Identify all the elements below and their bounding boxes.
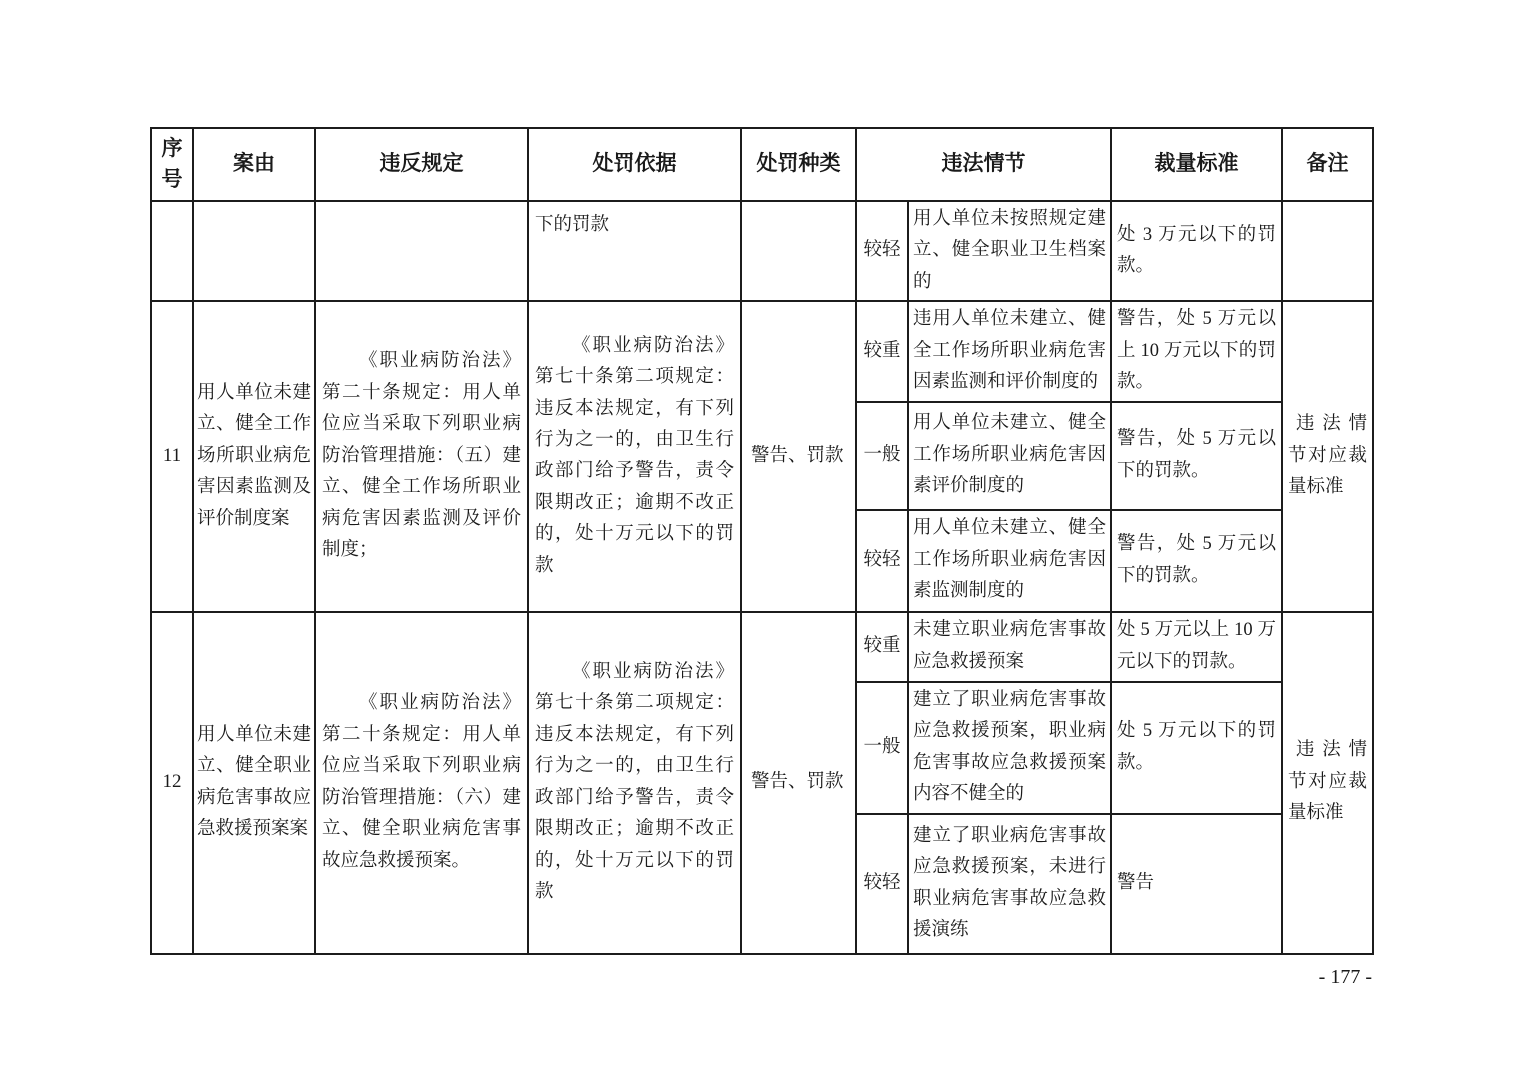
row-11-penalty-type-cell: 警告、罚款 (741, 301, 856, 611)
carryover-remark-cell (1282, 201, 1373, 301)
row-11-cause-cell: 用人单位未建立、健全工作场所职业病危害因素监测及评价制度案 (193, 301, 315, 611)
row-12-standard-3-cell: 警告 (1111, 814, 1282, 954)
row-11-severity-2-cell: 一般 (856, 402, 908, 510)
carryover-standard-cell: 处 3 万元以下的罚款。 (1111, 201, 1282, 301)
row-11-circumstance-1-cell: 违用人单位未建立、健全工作场所职业病危害因素监测和评价制度的 (908, 301, 1111, 401)
header-penalty-type: 处罚种类 (741, 128, 856, 201)
header-row: 序号 案由 违反规定 处罚依据 处罚种类 违法情节 裁量标准 备注 (151, 128, 1373, 201)
row-12-sub-1: 12 用人单位未建立、健全职业病危害事故应急救援预案案 《职业病防治法》第二十条… (151, 612, 1373, 682)
row-11-sub-1: 11 用人单位未建立、健全工作场所职业病危害因素监测及评价制度案 《职业病防治法… (151, 301, 1373, 401)
row-12-standard-1-cell: 处 5 万元以上 10 万元以下的罚款。 (1111, 612, 1282, 682)
row-11-standard-2-cell: 警告，处 5 万元以下的罚款。 (1111, 402, 1282, 510)
carryover-penalty-type-cell (741, 201, 856, 301)
carryover-circumstance-cell: 用人单位未按照规定建立、健全职业卫生档案的 (908, 201, 1111, 301)
row-12-cause-cell: 用人单位未建立、健全职业病危害事故应急救援预案案 (193, 612, 315, 954)
row-11-severity-1-cell: 较重 (856, 301, 908, 401)
header-violated-rule: 违反规定 (315, 128, 528, 201)
row-12-severity-1-cell: 较重 (856, 612, 908, 682)
document-page: 序号 案由 违反规定 处罚依据 处罚种类 违法情节 裁量标准 备注 下的罚款 较… (0, 0, 1520, 1074)
row-11-circumstance-2-cell: 用人单位未建立、健全工作场所职业病危害因素评价制度的 (908, 402, 1111, 510)
carryover-rule-cell (315, 201, 528, 301)
row-12-circumstance-3-cell: 建立了职业病危害事故应急救援预案，未进行职业病危害事故应急救援演练 (908, 814, 1111, 954)
carryover-cause-cell (193, 201, 315, 301)
row-12-remark-cell: 违法情节对应裁量标准 (1282, 612, 1373, 954)
row-12-circumstance-2-cell: 建立了职业病危害事故应急救援预案，职业病危害事故应急救援预案内容不健全的 (908, 682, 1111, 814)
header-remark: 备注 (1282, 128, 1373, 201)
row-12-violated-rule-cell: 《职业病防治法》第二十条规定：用人单位应当采取下列职业病防治管理措施：（六）建立… (315, 612, 528, 954)
row-11-standard-1-cell: 警告，处 5 万元以上 10 万元以下的罚款。 (1111, 301, 1282, 401)
row-11-severity-3-cell: 较轻 (856, 510, 908, 612)
header-standard: 裁量标准 (1111, 128, 1282, 201)
page-number: - 177 - (1319, 966, 1372, 989)
row-12-severity-2-cell: 一般 (856, 682, 908, 814)
row-11-penalty-basis-cell: 《职业病防治法》第七十条第二项规定：违反本法规定，有下列行为之一的，由卫生行政部… (528, 301, 741, 611)
row-11-seq-cell: 11 (151, 301, 193, 611)
row-12-standard-2-cell: 处 5 万元以下的罚款。 (1111, 682, 1282, 814)
row-12-seq-cell: 12 (151, 612, 193, 954)
row-11-violated-rule-cell: 《职业病防治法》第二十条规定：用人单位应当采取下列职业病防治管理措施：（五）建立… (315, 301, 528, 611)
row-11-standard-3-cell: 警告，处 5 万元以下的罚款。 (1111, 510, 1282, 612)
row-11-remark-cell: 违法情节对应裁量标准 (1282, 301, 1373, 611)
header-penalty-basis: 处罚依据 (528, 128, 741, 201)
header-seq: 序号 (151, 128, 193, 201)
header-cause: 案由 (193, 128, 315, 201)
carryover-severity-cell: 较轻 (856, 201, 908, 301)
row-12-severity-3-cell: 较轻 (856, 814, 908, 954)
row-12-penalty-basis-cell: 《职业病防治法》第七十条第二项规定：违反本法规定，有下列行为之一的，由卫生行政部… (528, 612, 741, 954)
row-12-circumstance-1-cell: 未建立职业病危害事故应急救援预案 (908, 612, 1111, 682)
row-11-circumstance-3-cell: 用人单位未建立、健全工作场所职业病危害因素监测制度的 (908, 510, 1111, 612)
carryover-penalty-basis-cell: 下的罚款 (528, 201, 741, 301)
header-circumstance: 违法情节 (856, 128, 1111, 201)
carryover-row: 下的罚款 较轻 用人单位未按照规定建立、健全职业卫生档案的 处 3 万元以下的罚… (151, 201, 1373, 301)
penalty-discretion-table: 序号 案由 违反规定 处罚依据 处罚种类 违法情节 裁量标准 备注 下的罚款 较… (150, 127, 1374, 955)
row-12-penalty-type-cell: 警告、罚款 (741, 612, 856, 954)
carryover-seq-cell (151, 201, 193, 301)
